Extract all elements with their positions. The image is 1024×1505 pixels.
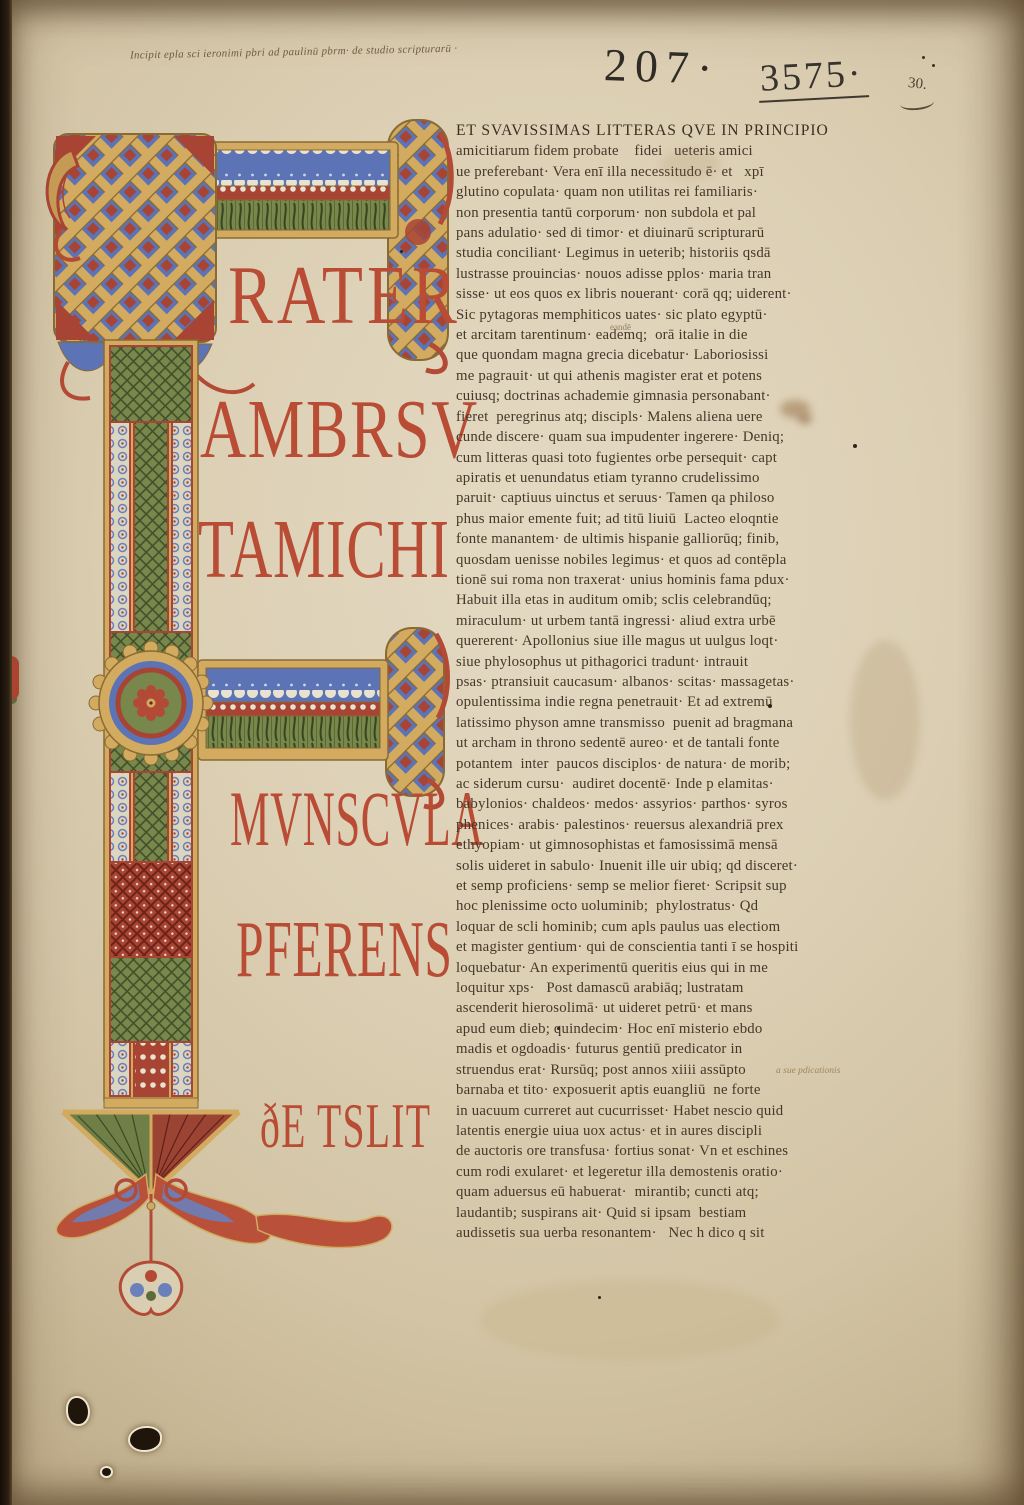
text-line: ut archam in throno sedentē aureo· et de… (456, 733, 838, 753)
text-line: pans adulatio· sed di timor· et diuinarū… (456, 223, 838, 243)
text-line: audissetis sua uerba resonantem· Nec h d… (456, 1223, 838, 1243)
text-line: cum rodi exularet· et legeretur illa dem… (456, 1162, 838, 1182)
ink-speck (598, 1296, 601, 1299)
folio-number: 207· (603, 38, 721, 95)
text-line: Sic pytagoras memphiticos uates· sic pla… (456, 305, 838, 325)
text-line: solis uideret in sabulo· Inuenit ille ui… (456, 856, 838, 876)
display-word-perferens: PFERENS (236, 912, 453, 988)
text-line: fonte manantem· de ultimis hispanie gall… (456, 529, 838, 549)
ink-speck (932, 64, 935, 67)
text-line: glutino copulata· quam non utilitas rei … (456, 182, 838, 202)
text-line: que quondam magna grecia dicebatur· Labo… (456, 345, 838, 365)
text-line: non presentia tantū corporum· non subdol… (456, 203, 838, 223)
text-line: phus maior emente fuit; ad titū liuiū La… (456, 509, 838, 529)
text-line: cunde discere· quam sua impudenter inger… (456, 427, 838, 447)
text-line: cuiusq; doctrinas achademie gimnasia per… (456, 386, 838, 406)
text-line: quererent· Apollonius siue ille magus ut… (456, 631, 838, 651)
text-line: et semp proficiens· semp se melior fiere… (456, 876, 838, 896)
secondary-number: 3575· (757, 51, 869, 103)
text-line: miraculum· ut urbem tantā ingressi· aliu… (456, 611, 838, 631)
text-line: et arcitam tarentinum· eademq; orā itali… (456, 325, 838, 345)
display-word-detulit: ðE TSLIT (260, 1096, 431, 1157)
text-line: hoc plenissime octo uoluminib; phylostra… (456, 896, 838, 916)
stain (850, 640, 920, 800)
book-gutter-edge (0, 0, 12, 1505)
ink-speck (922, 56, 925, 59)
text-line: me pagrauit· ut qui athenis magister era… (456, 366, 838, 386)
text-line: et magister gentium· qui de conscientia … (456, 937, 838, 957)
pen-flourish (899, 94, 934, 111)
text-line: ac siderum cursu· audiret docentē· Inde … (456, 774, 838, 794)
display-word-rater: RATER (228, 256, 461, 336)
text-line: ET SVAVISSIMAS LITTERAS QVE IN PRINCIPIO (456, 121, 838, 141)
text-line: loquitur xps· Post damascū arabiāq; lust… (456, 978, 838, 998)
display-word-ambrosius: AMBRSV (200, 390, 479, 470)
display-word-tamichi: TAMICHI (198, 510, 450, 590)
corner-number: 30. (907, 75, 927, 94)
text-line: ue preferebant· Vera enī illa necessitud… (456, 162, 838, 182)
text-line: loquebatur· An experimentū queritis eius… (456, 958, 838, 978)
display-word-munuscula: MVNSCVLA (230, 782, 484, 856)
text-line: ethyopiam· ut gimnosophistas et famosiss… (456, 835, 838, 855)
text-line: lustrasse prouincias· nouos adisse pplos… (456, 264, 838, 284)
initial-top-bar (208, 142, 398, 238)
text-line: ascenderit hierosolimā· ut uideret petrū… (456, 998, 838, 1018)
ink-speck (557, 1027, 560, 1030)
text-line: quosdam uenisse nobiles legimus· et quos… (456, 550, 838, 570)
text-line: apiratis et uenundatus etiam tyranno cru… (456, 468, 838, 488)
text-line: quam aduersus eū habuerat· mirantib; cun… (456, 1182, 838, 1202)
text-line: Habuit illa etas in auditum omib; sclis … (456, 590, 838, 610)
header-inscription: Incipit epla sci ieronimi pbri ad paulin… (130, 42, 470, 61)
parchment-hole (102, 1468, 111, 1476)
text-line: barnaba et tito· exposuerit aptis euangl… (456, 1080, 838, 1100)
ink-speck (400, 250, 403, 253)
parchment-hole (68, 1398, 88, 1424)
text-line: studia conciliant· Legimus in ueterib; h… (456, 243, 838, 263)
initial-roundel (89, 641, 213, 765)
text-line: paruit· captiuus uinctus et seruus· Tame… (456, 488, 838, 508)
text-line: potantem inter paucos disciplos· de natu… (456, 754, 838, 774)
text-line: opulentissima indie regna penetrauit· Et… (456, 692, 838, 712)
text-line: sisse· ut eos quos ex libris nouerant· c… (456, 284, 838, 304)
text-line: siue phylosophus ut pithagorici tradunt·… (456, 652, 838, 672)
text-line: madis et ogdoadis· futurus gentiū predic… (456, 1039, 838, 1059)
ink-speck (768, 704, 772, 708)
manuscript-page: Incipit epla sci ieronimi pbri ad paulin… (10, 0, 1024, 1505)
manuscript-photo: Incipit epla sci ieronimi pbri ad paulin… (0, 0, 1024, 1505)
ink-speck (853, 444, 857, 448)
interlinear-note: eandē (610, 322, 631, 332)
text-line: cum litteras quasi toto fugientes orbe p… (456, 448, 838, 468)
stain (798, 414, 812, 424)
margin-note: a sue pdicationis (776, 1066, 840, 1076)
text-line: phenices· arabis· palestinos· reuersus a… (456, 815, 838, 835)
text-line: apud eum dieb; quindecim· Hoc enī mister… (456, 1019, 838, 1039)
stain (660, 150, 720, 180)
text-line: latentis energie uiua uox actus· et in a… (456, 1121, 838, 1141)
text-line: de auctoris ore transfusa· fortius sonat… (456, 1141, 838, 1161)
text-line: tionē sui roma non traxerat· unius homin… (456, 570, 838, 590)
parchment-hole (130, 1428, 160, 1450)
stain (480, 1280, 780, 1360)
text-line: loquar de scli hominib; cum apls paulus … (456, 917, 838, 937)
text-line: in uacuum curreret aut cucurrisset· Habe… (456, 1101, 838, 1121)
text-line: psas· ptransiuit caucasum· albanos· scit… (456, 672, 838, 692)
text-line: laudantib; suspirans ait· Quid si ipsam … (456, 1203, 838, 1223)
text-line: latissimo physon amne transmisso puenit … (456, 713, 838, 733)
text-line: babylonios· chaldeos· medos· assyrios· p… (456, 794, 838, 814)
text-line: amicitiarum fidem probate fidei ueteris … (456, 141, 838, 161)
